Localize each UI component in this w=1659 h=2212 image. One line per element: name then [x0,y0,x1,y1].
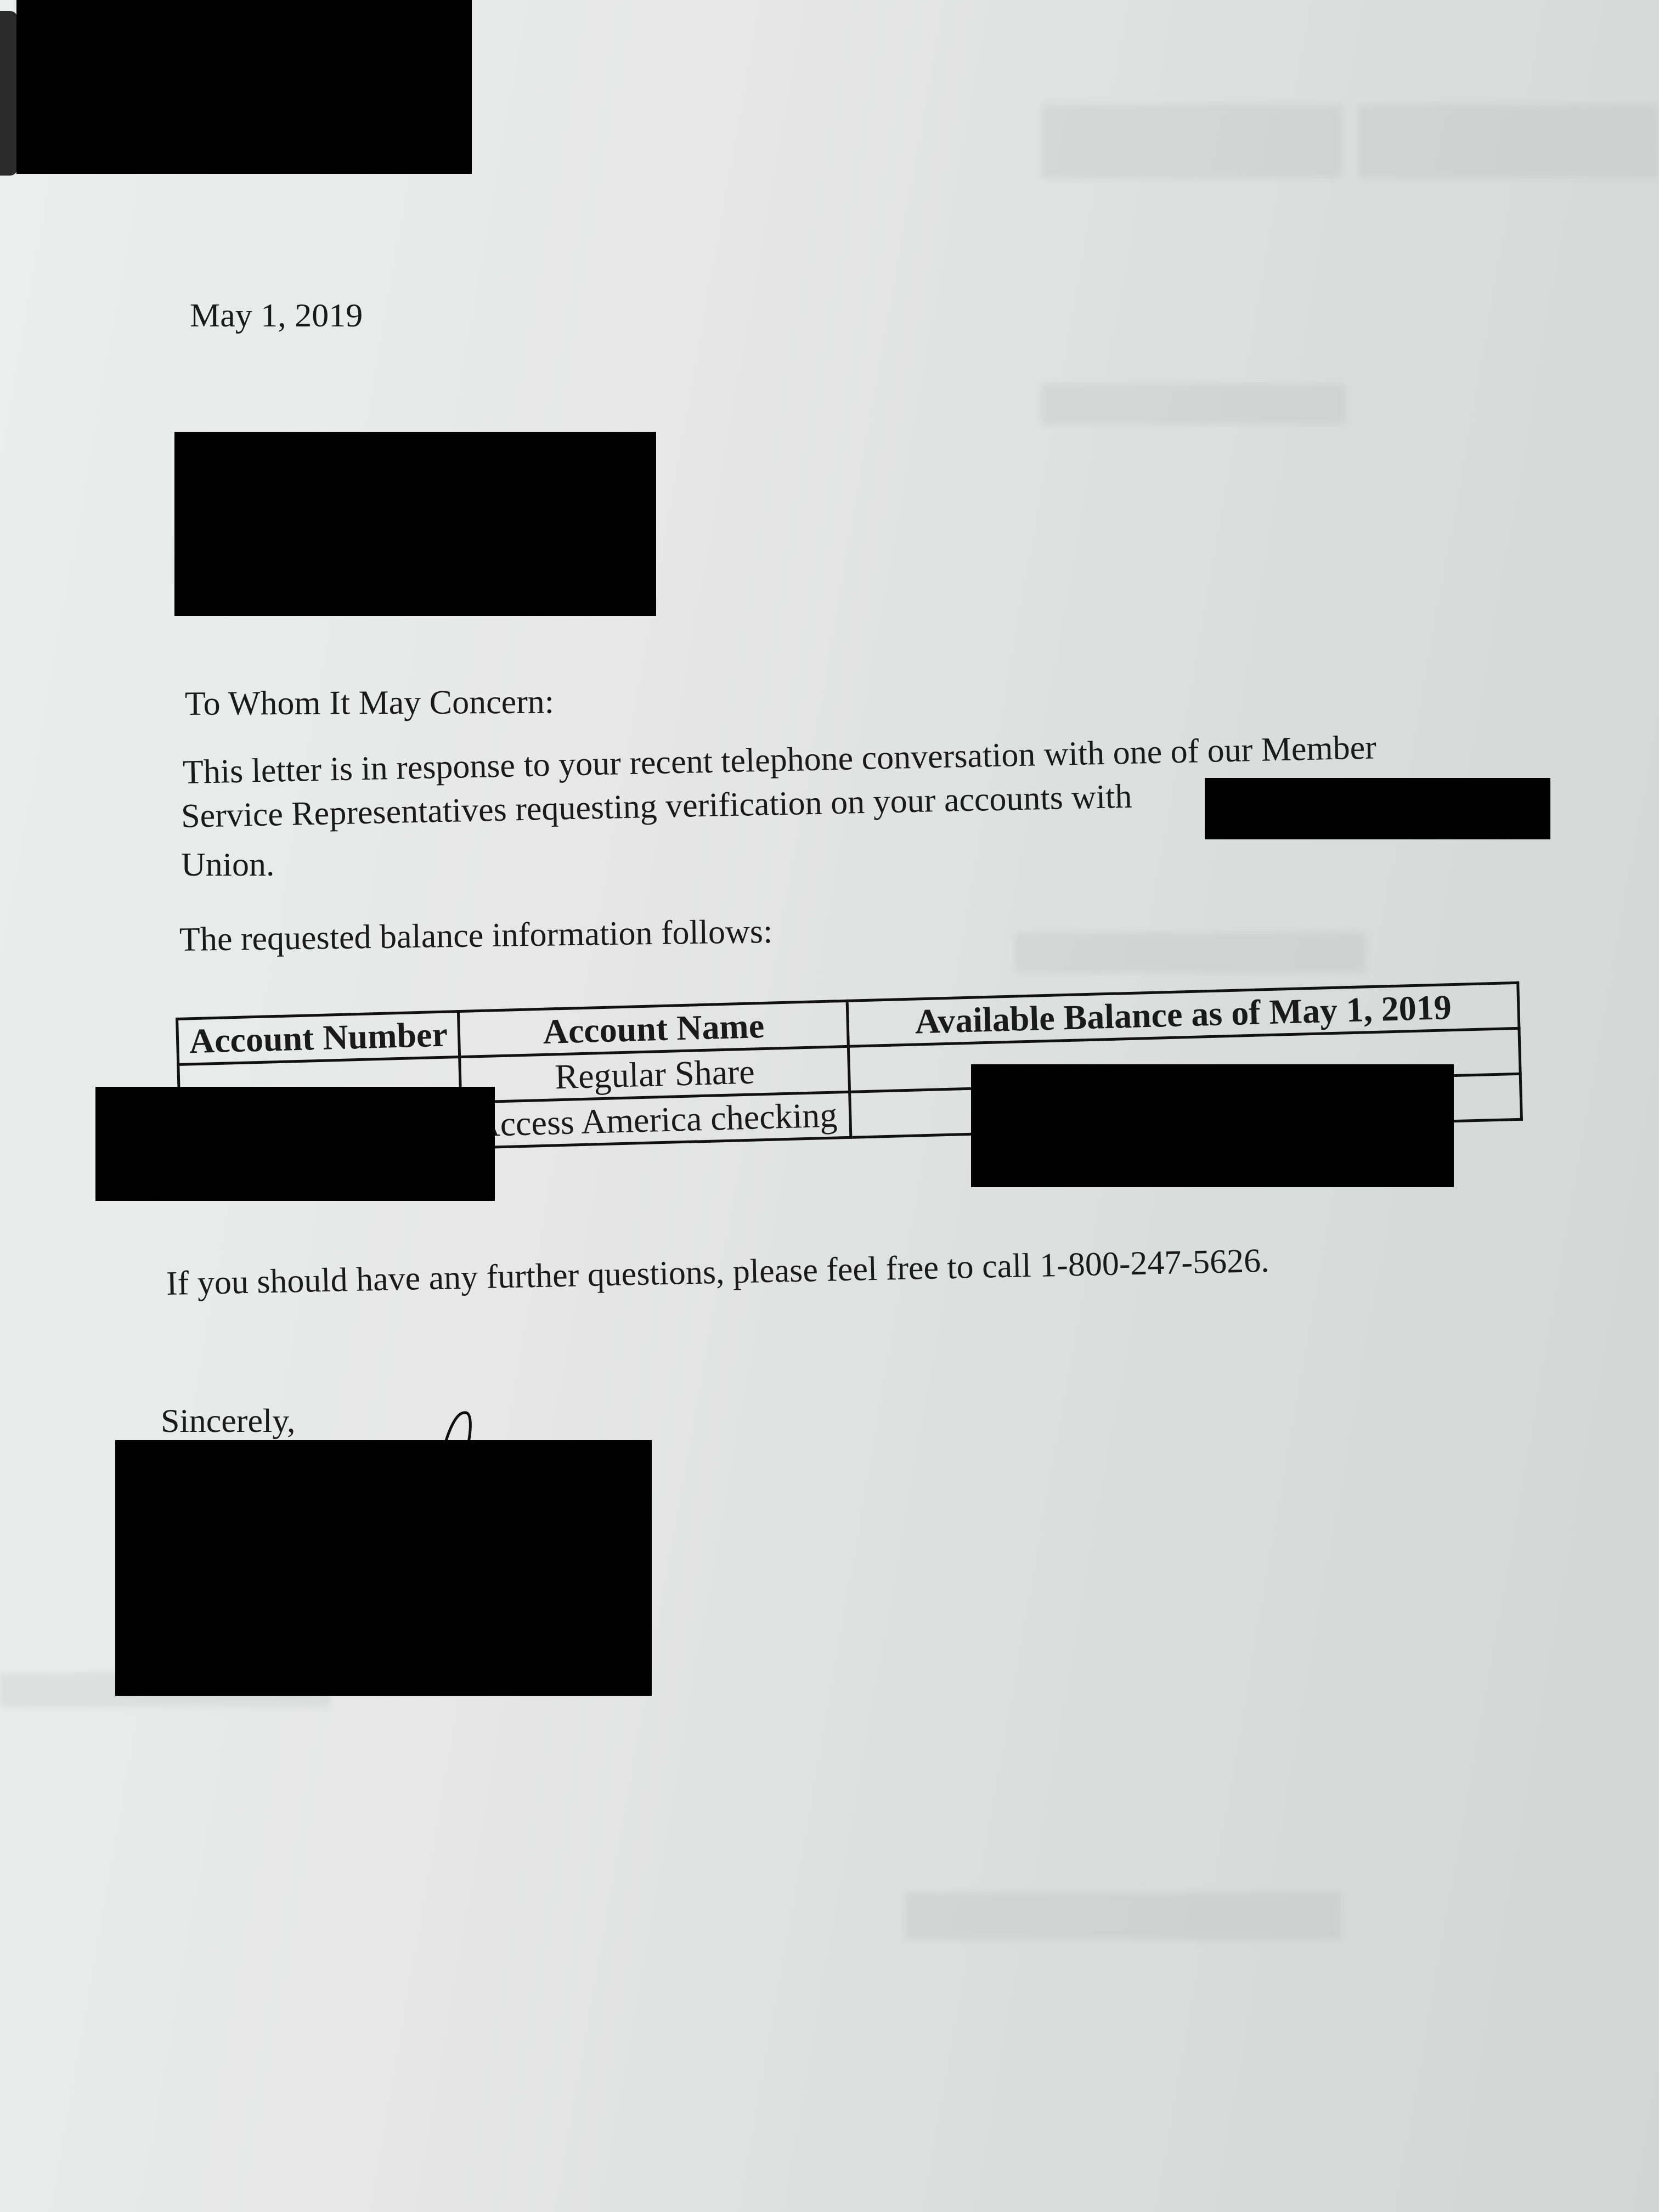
bleed-through-decoration: ████████████████ [905,1893,1341,1937]
bleed-through-decoration: ███████ ███████ [1042,104,1658,174]
paragraph-1-line-3: Union. [181,843,275,887]
binder-clip [0,11,18,176]
signoff: Sincerely, [161,1399,296,1443]
letter-date: May 1, 2019 [190,294,363,338]
redaction-recipient-address [174,432,656,616]
bleed-through-decoration: █████████████ [1042,384,1346,422]
salutation: To Whom It May Concern: [185,680,554,726]
header-account-number: Account Number [177,1012,460,1065]
paragraph-2: The requested balance information follow… [179,910,772,962]
redaction-signer-name [115,1440,652,1696]
closing-paragraph: If you should have any further questions… [166,1239,1269,1306]
redaction-letterhead [16,0,472,174]
redaction-institution-name [1205,778,1550,839]
letter-page: ███████ ███████ █████████████ ██████████… [0,0,1659,2212]
cell-account-name: Access America checking [461,1092,851,1148]
redaction-account-numbers [95,1087,495,1201]
redaction-balances [971,1064,1454,1187]
bleed-through-decoration: ███████████████ [1015,933,1365,970]
